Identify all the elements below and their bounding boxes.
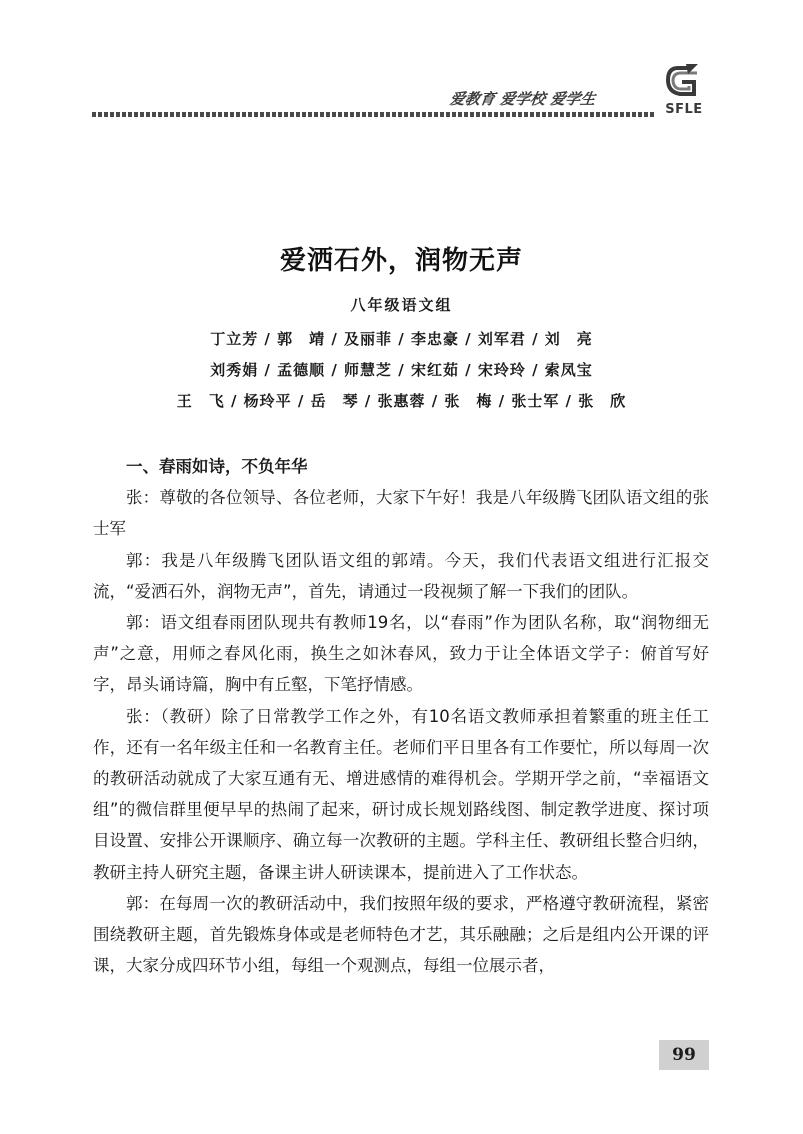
paragraph: 张：（教研）除了日常教学工作之外，有10名语文教师承担着繁重的班主任工作，还有一… [93, 701, 709, 888]
author-line: 王 飞 / 杨玲平 / 岳 琴 / 张惠蓉 / 张 梅 / 张士军 / 张 欣 [0, 386, 803, 417]
page-number: 99 [659, 1040, 709, 1070]
paragraph: 郭：语文组春雨团队现共有教师19名，以“春雨”作为团队名称，取“润物细无声”之意… [93, 607, 709, 701]
paragraph: 郭：我是八年级腾飞团队语文组的郭靖。今天，我们代表语文组进行汇报交流，“爱洒石外… [93, 545, 709, 607]
article-body: 一、春雨如诗，不负年华 张：尊敬的各位领导、各位老师，大家下午好！我是八年级腾飞… [93, 451, 709, 981]
spiral-g-logo-icon [664, 64, 704, 102]
article-title: 爱洒石外，润物无声 [0, 240, 803, 277]
paragraph: 张：尊敬的各位领导、各位老师，大家下午好！我是八年级腾飞团队语文组的张士军 [93, 482, 709, 544]
logo-text: SFLE [658, 102, 710, 117]
sfle-logo: SFLE [658, 64, 710, 120]
paragraph: 郭：在每周一次的教研活动中，我们按照年级的要求，严格遵守教研流程，紧密围绕教研主… [93, 888, 709, 982]
section-heading: 一、春雨如诗，不负年华 [93, 451, 709, 482]
author-line: 丁立芳 / 郭 靖 / 及丽菲 / 李忠豪 / 刘军君 / 刘 亮 [0, 324, 803, 355]
author-line: 刘秀娟 / 孟德顺 / 师慧芝 / 宋红茹 / 宋玲玲 / 索凤宝 [0, 355, 803, 386]
header-slogan: 爱教育 爱学校 爱学生 [449, 88, 657, 109]
author-list: 丁立芳 / 郭 靖 / 及丽菲 / 李忠豪 / 刘军君 / 刘 亮 刘秀娟 / … [0, 324, 803, 417]
article-group: 八年级语文组 [0, 294, 803, 315]
header-dashed-rule [92, 112, 655, 117]
